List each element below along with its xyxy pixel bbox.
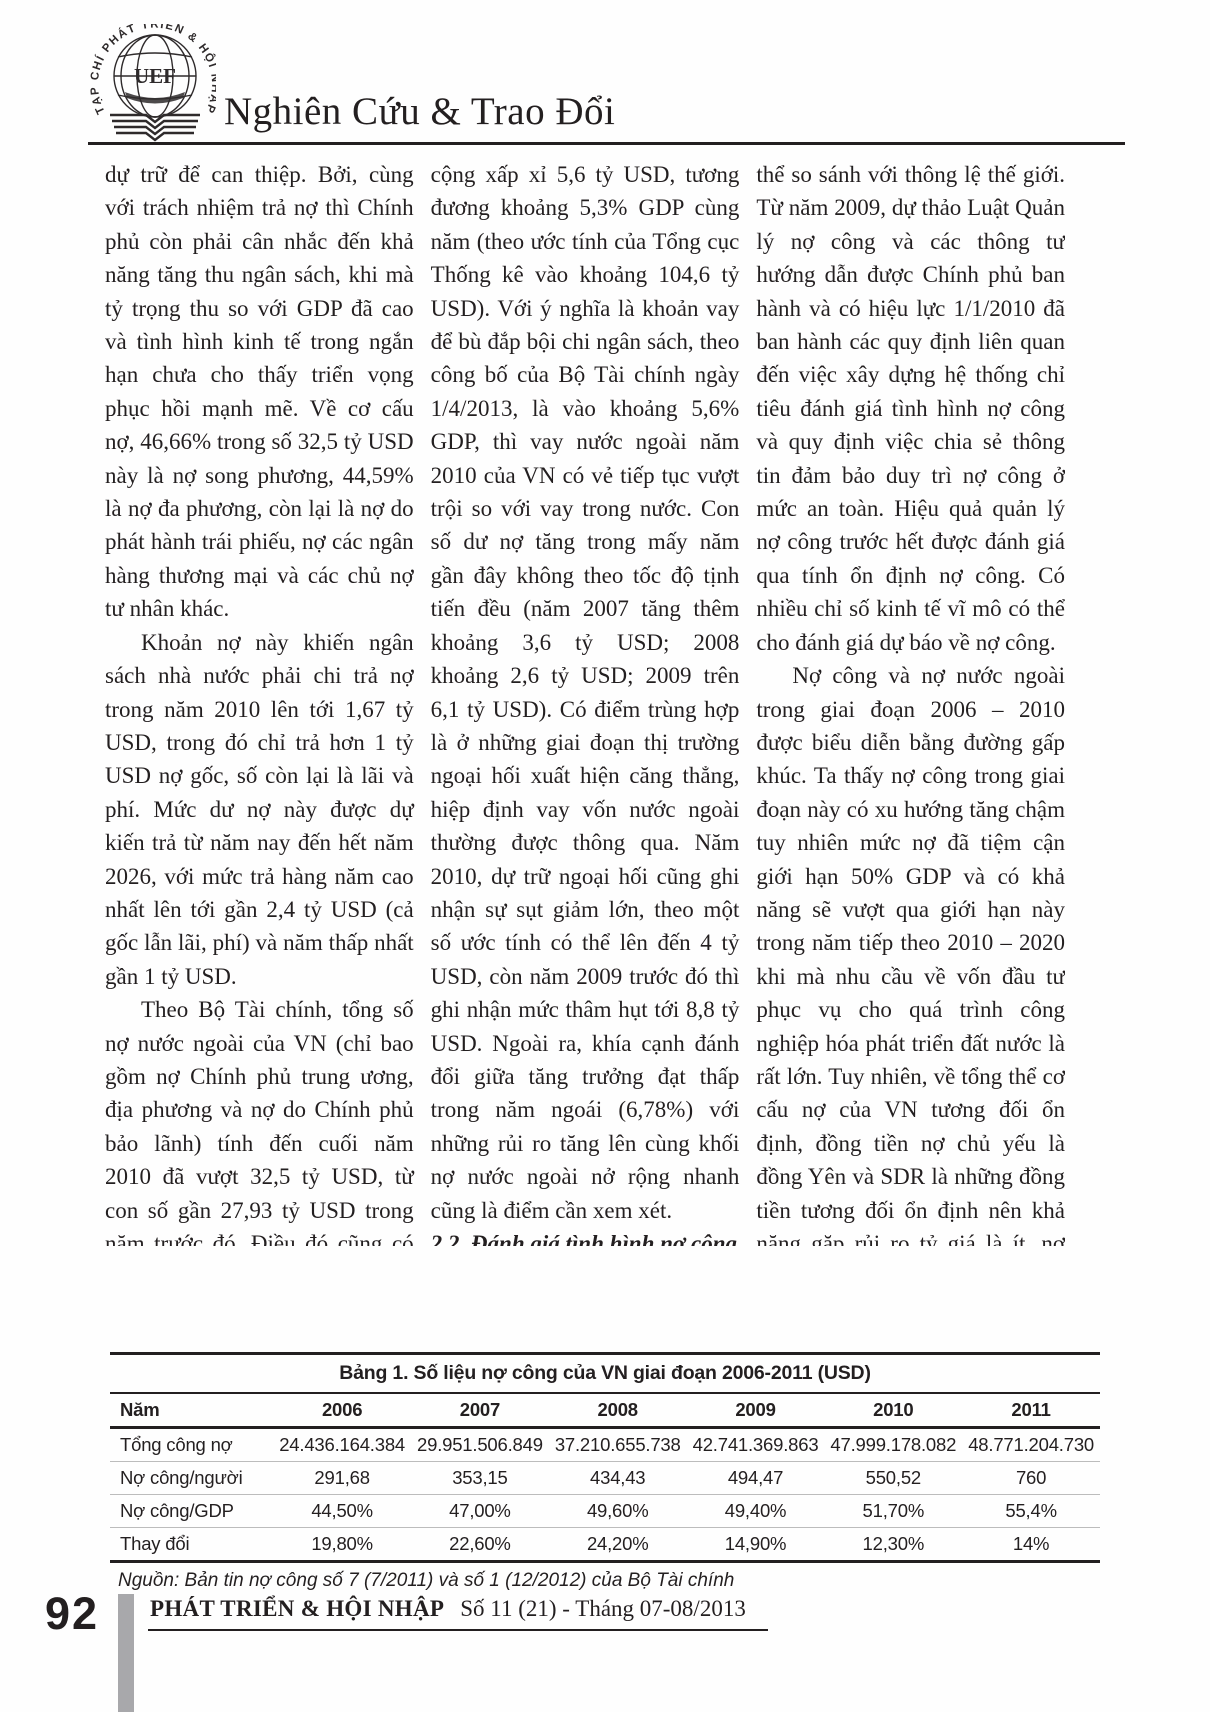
paragraph: Khoản nợ này khiến ngân sách nhà nước ph… <box>105 626 414 993</box>
table-cell: 494,47 <box>687 1462 825 1495</box>
table-cell: 291,68 <box>273 1462 411 1495</box>
paragraph: thể so sánh với thông lệ thế giới. Từ nă… <box>756 158 1065 659</box>
uef-logo: TẠP CHÍ PHÁT TRIỂN & HỘI NHẬP UEF <box>88 24 216 142</box>
table-cell: 19,80% <box>273 1528 411 1562</box>
column-header: 2009 <box>687 1393 825 1428</box>
paragraph: Theo Bộ Tài chính, tổng số nợ nước ngoài… <box>105 993 414 1246</box>
table-cell: 51,70% <box>824 1495 962 1528</box>
table-cell: 24.436.164.384 <box>273 1428 411 1462</box>
table-row: Tổng công nợ 24.436.164.384 29.951.506.8… <box>110 1428 1100 1462</box>
table-cell: 49,40% <box>687 1495 825 1528</box>
public-debt-table: Bảng 1. Số liệu nợ công của VN giai đoạn… <box>110 1352 1100 1563</box>
table-cell: 434,43 <box>549 1462 687 1495</box>
footer-journal-line: PHÁT TRIỂN & HỘI NHẬPSố 11 (21) - Tháng … <box>148 1596 768 1631</box>
row-label: Tổng công nợ <box>110 1428 273 1462</box>
article-body: dự trữ để can thiệp. Bởi, cùng với trách… <box>105 158 1065 1246</box>
table-cell: 49,60% <box>549 1495 687 1528</box>
header-rule <box>88 142 1125 145</box>
column-header: 2011 <box>962 1393 1100 1428</box>
column-header: 2010 <box>824 1393 962 1428</box>
paragraph: cộng xấp xỉ 5,6 tỷ USD, tương đương khoả… <box>431 158 740 1227</box>
table-cell: 24,20% <box>549 1528 687 1562</box>
table-cell: 37.210.655.738 <box>549 1428 687 1462</box>
text-column-1: dự trữ để can thiệp. Bởi, cùng với trách… <box>105 158 414 1246</box>
table-cell: 12,30% <box>824 1528 962 1562</box>
row-label: Nợ công/GDP <box>110 1495 273 1528</box>
book-icon <box>110 115 200 140</box>
table-cell: 55,4% <box>962 1495 1100 1528</box>
table-cell: 14% <box>962 1528 1100 1562</box>
text-column-3: thể so sánh với thông lệ thế giới. Từ nă… <box>756 158 1065 1246</box>
footer-accent-bar <box>118 1594 134 1712</box>
issue-info: Số 11 (21) - Tháng 07-08/2013 <box>460 1596 746 1621</box>
paragraph: Nợ công và nợ nước ngoài trong giai đoạn… <box>756 659 1065 1246</box>
table-row: Nợ công/người 291,68 353,15 434,43 494,4… <box>110 1462 1100 1495</box>
table-cell: 48.771.204.730 <box>962 1428 1100 1462</box>
table-cell: 29.951.506.849 <box>411 1428 549 1462</box>
journal-name: PHÁT TRIỂN & HỘI NHẬP <box>150 1596 444 1621</box>
table-row: Nợ công/GDP 44,50% 47,00% 49,60% 49,40% … <box>110 1495 1100 1528</box>
text-column-2: cộng xấp xỉ 5,6 tỷ USD, tương đương khoả… <box>431 158 740 1246</box>
table-cell: 44,50% <box>273 1495 411 1528</box>
row-label: Thay đổi <box>110 1528 273 1562</box>
row-label: Nợ công/người <box>110 1462 273 1495</box>
subsection-heading: 2.2. Đánh giá tình hình nợ công <box>431 1227 740 1246</box>
logo-ribbon <box>125 92 185 104</box>
table-cell: 42.741.369.863 <box>687 1428 825 1462</box>
column-header: Năm <box>110 1393 273 1428</box>
page-header: TẠP CHÍ PHÁT TRIỂN & HỘI NHẬP UEF Nghiên… <box>88 24 1125 144</box>
table-cell: 14,90% <box>687 1528 825 1562</box>
table-cell: 47,00% <box>411 1495 549 1528</box>
table-cell: 760 <box>962 1462 1100 1495</box>
column-header: 2006 <box>273 1393 411 1428</box>
table-cell: 22,60% <box>411 1528 549 1562</box>
table-header-row: Năm 2006 2007 2008 2009 2010 2011 <box>110 1393 1100 1428</box>
table-row: Thay đổi 19,80% 22,60% 24,20% 14,90% 12,… <box>110 1528 1100 1562</box>
paragraph: dự trữ để can thiệp. Bởi, cùng với trách… <box>105 158 414 626</box>
table-section: Bảng 1. Số liệu nợ công của VN giai đoạn… <box>110 1352 1100 1592</box>
table-cell: 47.999.178.082 <box>824 1428 962 1462</box>
column-header: 2008 <box>549 1393 687 1428</box>
table-cell: 550,52 <box>824 1462 962 1495</box>
section-title: Nghiên Cứu & Trao Đổi <box>224 89 615 134</box>
page-footer: 92 PHÁT TRIỂN & HỘI NHẬPSố 11 (21) - Thá… <box>0 1588 1210 1712</box>
table-title-row: Bảng 1. Số liệu nợ công của VN giai đoạn… <box>110 1354 1100 1394</box>
column-header: 2007 <box>411 1393 549 1428</box>
table-title: Bảng 1. Số liệu nợ công của VN giai đoạn… <box>110 1354 1100 1394</box>
journal-page: TẠP CHÍ PHÁT TRIỂN & HỘI NHẬP UEF Nghiên… <box>0 0 1210 1712</box>
logo-center-label: UEF <box>134 64 176 88</box>
table-cell: 353,15 <box>411 1462 549 1495</box>
page-number: 92 <box>45 1588 99 1640</box>
uef-logo-graphic: TẠP CHÍ PHÁT TRIỂN & HỘI NHẬP UEF <box>88 24 216 142</box>
